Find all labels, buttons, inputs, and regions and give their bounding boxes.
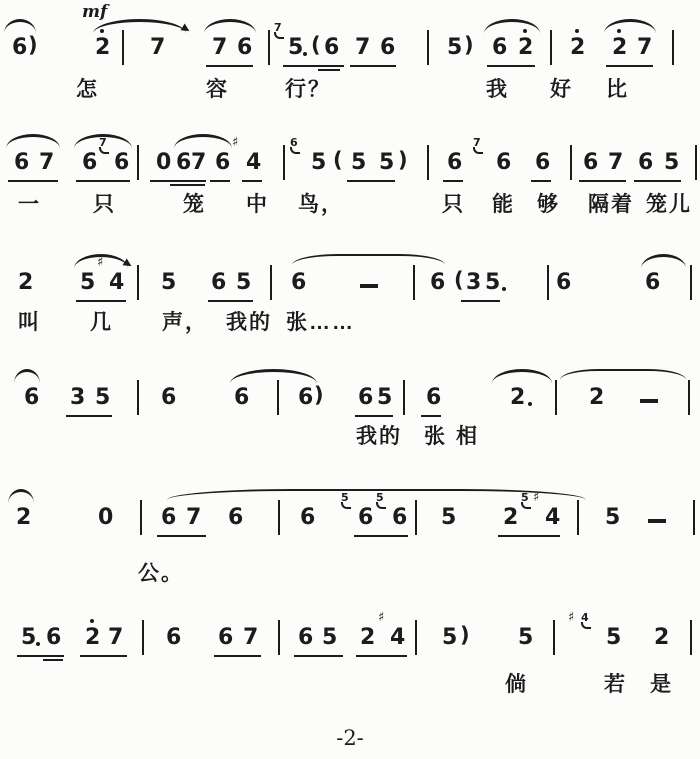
beam-underline xyxy=(347,180,395,182)
paren-mark: ) xyxy=(460,623,470,647)
note-digit: 5 xyxy=(288,35,303,61)
slur-arc xyxy=(230,369,317,385)
note-digit: 6 xyxy=(24,385,39,411)
beam-underline xyxy=(356,655,407,657)
note-digit: 7 xyxy=(186,505,201,531)
note-digit: 2 xyxy=(612,35,627,61)
barline xyxy=(553,620,555,655)
note-digit: 6 xyxy=(46,625,61,651)
note-digit: 6 xyxy=(496,150,511,176)
lyric-syllable: 只 xyxy=(442,188,465,218)
lyric-syllable: 张…… xyxy=(286,306,355,336)
note-digit: 7 xyxy=(637,35,652,61)
augmentation-dot xyxy=(303,52,307,56)
barline xyxy=(415,620,417,655)
lyric-syllable: 一 xyxy=(18,188,41,218)
slur-arc xyxy=(8,489,34,505)
lyric-syllable: 好 xyxy=(550,73,573,103)
paren-mark: ( xyxy=(333,148,343,172)
dynamic-marking: mf xyxy=(82,2,107,22)
system-5: 2067665656525♯45公。 xyxy=(0,491,700,603)
barline xyxy=(547,265,549,300)
augmentation-dot xyxy=(502,287,506,291)
note-digit: 6 xyxy=(161,385,176,411)
note-digit: 2 xyxy=(570,35,585,61)
beam-underline xyxy=(8,180,58,182)
octave-dot xyxy=(90,619,94,623)
paren-mark: ( xyxy=(311,33,321,57)
note-digit: 5 xyxy=(518,625,533,651)
beam-underline xyxy=(76,180,130,182)
sharp-icon: ♯ xyxy=(533,490,539,505)
barline xyxy=(672,30,674,65)
note-digit: 6 xyxy=(645,270,660,296)
note-digit: 6 xyxy=(114,150,129,176)
barline xyxy=(415,500,417,535)
octave-dot xyxy=(617,29,621,33)
note-digit: 5 xyxy=(351,150,366,176)
sharp-icon: ♯ xyxy=(97,255,103,270)
octave-dot xyxy=(575,29,579,33)
slur-arc xyxy=(560,369,686,380)
lyric-syllable: 我 xyxy=(486,73,509,103)
paren-mark: ) xyxy=(464,33,474,57)
barline xyxy=(577,500,579,535)
note-digit: 6 xyxy=(447,150,462,176)
note-digit: 7 xyxy=(108,625,123,651)
slur-arc xyxy=(14,369,40,385)
note-digit: 5 xyxy=(377,385,392,411)
note-digit: 5 xyxy=(606,625,621,651)
grace-note: 5 xyxy=(521,491,529,504)
lyric-syllable: 够 xyxy=(537,188,560,218)
lyric-syllable: 笼儿 xyxy=(646,188,692,218)
note-digit: 6 xyxy=(492,35,507,61)
lyric-syllable: 鸟， xyxy=(298,188,344,218)
beam-underline xyxy=(214,655,261,657)
note-digit: 6 xyxy=(291,270,306,296)
barline xyxy=(555,380,557,415)
note-digit: 6 xyxy=(12,35,27,61)
note-digit: 5 xyxy=(95,385,110,411)
barline xyxy=(137,380,139,415)
beam-underline xyxy=(606,65,653,67)
grace-note: 6 xyxy=(290,136,298,149)
lyric-syllable: 叫 xyxy=(18,306,41,336)
barline xyxy=(278,620,280,655)
grace-note: 7 xyxy=(99,136,107,149)
note-digit: 6 xyxy=(161,505,176,531)
slur-arc xyxy=(641,254,686,270)
note-digit: 5 xyxy=(80,270,95,296)
note-digit: 5 xyxy=(322,625,337,651)
lyric-syllable: 行？ xyxy=(285,73,331,103)
beam-underline xyxy=(498,535,560,537)
note-digit: 5 xyxy=(236,270,251,296)
note-digit: 5 xyxy=(664,150,679,176)
note-digit: 2 xyxy=(360,625,375,651)
beam-underline xyxy=(487,65,535,67)
grace-note: 7 xyxy=(473,136,481,149)
note-digit: 2 xyxy=(95,35,110,61)
beam-underline xyxy=(294,655,343,657)
slur-arc xyxy=(204,19,256,35)
barline xyxy=(693,500,695,535)
sharp-icon: ♯ xyxy=(378,610,384,625)
slur-arc xyxy=(6,134,60,150)
note-digit: 6 xyxy=(176,150,191,176)
barline xyxy=(140,500,142,535)
barline xyxy=(283,145,285,180)
note-digit: 6 xyxy=(380,35,395,61)
lyric-syllable: 比 xyxy=(606,73,629,103)
note-digit: 3 xyxy=(70,385,85,411)
barline xyxy=(427,145,429,180)
beam-underline xyxy=(283,65,344,67)
paren-mark: ) xyxy=(314,383,324,407)
barline xyxy=(403,380,405,415)
note-digit: 7 xyxy=(212,35,227,61)
lyric-syllable: 怎 xyxy=(76,73,99,103)
beam-underline xyxy=(66,415,112,417)
note-digit: 6 xyxy=(535,150,550,176)
note-digit: 5 xyxy=(311,150,326,176)
barline xyxy=(695,145,697,180)
note-digit: 5 xyxy=(442,625,457,651)
note-digit: 6 xyxy=(298,625,313,651)
beam-underline xyxy=(354,535,408,537)
note-digit: 6 xyxy=(556,270,571,296)
note-digit: 7 xyxy=(608,150,623,176)
note-digit: 7 xyxy=(39,150,54,176)
note-digit: 0 xyxy=(98,505,113,531)
barline xyxy=(570,145,572,180)
system-2: 676760676♯465(55)67666765一只笼中鸟，只能够隔着笼儿 xyxy=(0,136,700,248)
lyric-syllable: 笼 xyxy=(183,188,206,218)
barline xyxy=(270,265,272,300)
barline xyxy=(277,380,279,415)
octave-dot xyxy=(523,29,527,33)
slur-arc xyxy=(484,19,540,35)
score-page: mf -2- 6)277675(6765)62227怎容行？我好比6767606… xyxy=(0,0,700,759)
note-digit: 7 xyxy=(355,35,370,61)
dash-rest-mark xyxy=(648,519,666,523)
beam-underline xyxy=(170,184,205,186)
note-digit: 6 xyxy=(228,505,243,531)
slur-arc xyxy=(93,19,186,35)
beam-underline xyxy=(157,535,206,537)
page-number: -2- xyxy=(0,726,700,750)
lyric-syllable: 相 xyxy=(456,420,479,450)
note-digit: 6 xyxy=(358,505,373,531)
beam-underline xyxy=(531,180,551,182)
system-3: 25♯456566(3566叫几声，我的张…… xyxy=(0,256,700,368)
beam-underline xyxy=(43,659,63,661)
beam-underline xyxy=(350,65,396,67)
beam-underline xyxy=(150,180,206,182)
barline xyxy=(413,265,415,300)
beam-underline xyxy=(76,300,126,302)
lyric-syllable: 是 xyxy=(650,668,673,698)
lyric-syllable: 中 xyxy=(246,188,269,218)
octave-dot xyxy=(100,29,104,33)
slur-arc xyxy=(292,254,445,265)
note-digit: 6 xyxy=(300,505,315,531)
note-digit: 6 xyxy=(426,385,441,411)
barline xyxy=(690,620,692,655)
slur-arc xyxy=(604,19,656,35)
lyric-syllable: 倘 xyxy=(505,668,528,698)
note-digit: 5 xyxy=(485,270,500,296)
note-digit: 2 xyxy=(503,505,518,531)
beam-underline xyxy=(461,300,500,302)
barline xyxy=(690,265,692,300)
note-digit: 6 xyxy=(218,625,233,651)
beam-underline xyxy=(421,415,441,417)
note-digit: 6 xyxy=(430,270,445,296)
beam-underline xyxy=(634,180,681,182)
note-digit: 6 xyxy=(234,385,249,411)
paren-mark: ) xyxy=(398,148,408,172)
grace-note: 4 xyxy=(581,611,589,624)
note-digit: 2 xyxy=(589,385,604,411)
grace-note: 5 xyxy=(341,491,349,504)
beam-underline xyxy=(242,180,262,182)
barline xyxy=(142,620,144,655)
lyric-syllable: 几 xyxy=(90,306,113,336)
barline xyxy=(278,500,280,535)
beam-underline xyxy=(17,655,64,657)
note-digit: 6 xyxy=(358,385,373,411)
note-digit: 2 xyxy=(654,625,669,651)
system-4: 635666)65622我的张相 xyxy=(0,371,700,483)
note-digit: 4 xyxy=(545,505,560,531)
lyric-syllable: 若 xyxy=(604,668,627,698)
note-digit: 4 xyxy=(246,150,261,176)
note-digit: 5 xyxy=(441,505,456,531)
beam-underline xyxy=(318,69,340,71)
note-digit: 6 xyxy=(583,150,598,176)
slur-arrowhead-icon xyxy=(180,23,191,34)
note-digit: 5 xyxy=(447,35,462,61)
note-digit: 5 xyxy=(21,625,36,651)
note-digit: 2 xyxy=(518,35,533,61)
note-digit: 4 xyxy=(390,625,405,651)
lyric-syllable: 能 xyxy=(492,188,515,218)
augmentation-dot xyxy=(528,402,532,406)
barline xyxy=(122,30,124,65)
note-digit: 2 xyxy=(510,385,525,411)
note-digit: 7 xyxy=(150,35,165,61)
note-digit: 0 xyxy=(156,150,171,176)
note-digit: 6 xyxy=(298,385,313,411)
note-digit: 6 xyxy=(82,150,97,176)
barline xyxy=(137,145,139,180)
beam-underline xyxy=(206,65,253,67)
beam-underline xyxy=(355,415,393,417)
lyric-syllable: 我的 xyxy=(356,420,402,450)
lyric-syllable: 只 xyxy=(93,188,116,218)
beam-underline xyxy=(210,180,230,182)
beam-underline xyxy=(579,180,626,182)
beam-underline xyxy=(208,300,253,302)
lyric-syllable: 我的 xyxy=(226,306,272,336)
augmentation-dot xyxy=(36,642,40,646)
barline xyxy=(427,30,429,65)
beam-underline xyxy=(443,180,463,182)
grace-note: 7 xyxy=(274,21,282,34)
lyric-syllable: 张 xyxy=(424,420,447,450)
note-digit: 6 xyxy=(166,625,181,651)
barline xyxy=(688,380,690,415)
note-digit: 5 xyxy=(605,505,620,531)
lyric-syllable: 公。 xyxy=(138,557,184,587)
sharp-icon: ♯ xyxy=(568,610,574,625)
slur-arc xyxy=(174,134,232,150)
slur-arrowhead-icon xyxy=(122,258,133,269)
dash-rest-mark xyxy=(360,284,378,288)
note-digit: 5 xyxy=(379,150,394,176)
barline xyxy=(550,30,552,65)
note-digit: 6 xyxy=(638,150,653,176)
paren-mark: ) xyxy=(28,33,38,57)
note-digit: 6 xyxy=(211,270,226,296)
note-digit: 7 xyxy=(191,150,206,176)
note-digit: 2 xyxy=(16,505,31,531)
sharp-icon: ♯ xyxy=(232,135,238,150)
note-digit: 6 xyxy=(324,35,339,61)
note-digit: 6 xyxy=(14,150,29,176)
note-digit: 3 xyxy=(466,270,481,296)
paren-mark: ( xyxy=(454,268,464,292)
note-digit: 2 xyxy=(18,270,33,296)
barline xyxy=(137,265,139,300)
barline xyxy=(268,30,270,65)
slur-arc xyxy=(492,369,552,385)
system-6: 5627667652♯45)5♯452倘若是 xyxy=(0,611,700,723)
note-digit: 4 xyxy=(109,270,124,296)
note-digit: 6 xyxy=(215,150,230,176)
system-1: 6)277675(6765)62227怎容行？我好比 xyxy=(0,21,700,133)
note-digit: 7 xyxy=(243,625,258,651)
dash-rest-mark xyxy=(640,399,658,403)
note-digit: 5 xyxy=(161,270,176,296)
lyric-syllable: 容 xyxy=(206,73,229,103)
lyric-syllable: 隔着 xyxy=(588,188,634,218)
note-digit: 6 xyxy=(392,505,407,531)
note-digit: 6 xyxy=(237,35,252,61)
note-digit: 2 xyxy=(85,625,100,651)
beam-underline xyxy=(80,655,127,657)
grace-note: 5 xyxy=(376,491,384,504)
lyric-syllable: 声， xyxy=(162,306,208,336)
